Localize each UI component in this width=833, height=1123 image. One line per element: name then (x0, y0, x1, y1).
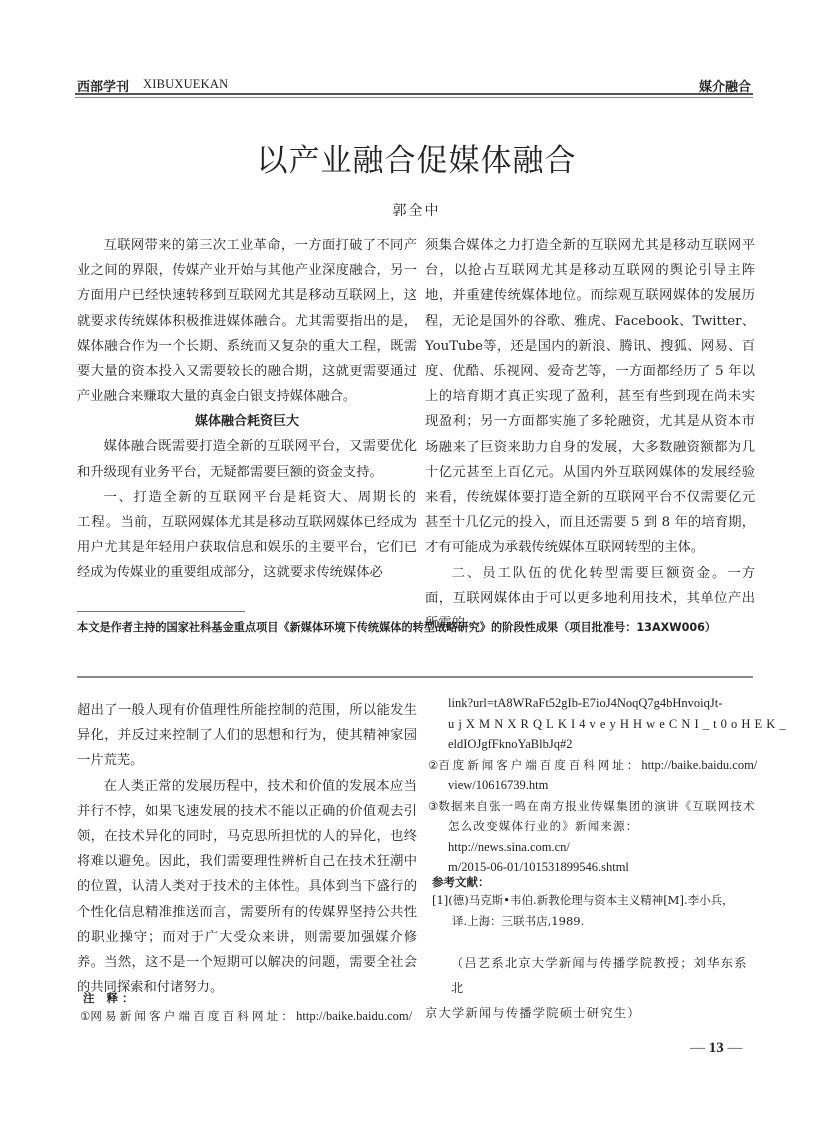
note-url[interactable]: http://news.sina.com.cn/ (448, 840, 570, 854)
note-url[interactable]: http://baike.baidu.com/ (641, 758, 757, 772)
note-text: 数据来自张一鸣在南方报业传媒集团的演讲《互联网技术怎么改变媒体行业的》新闻来源： (438, 799, 756, 834)
author-bio-line: （吕艺系北京大学新闻与传播学院教授；刘华东系北 (425, 951, 760, 1001)
left-column-bottom: 超出了一般人现有价值理性所能控制的范围，所以能发生异化，并反过来控制了人们的思想… (77, 698, 417, 1000)
page-separator (77, 676, 753, 678)
references-title: 参考文献： (432, 874, 490, 890)
paragraph: 互联网带来的第三次工业革命，一方面打破了不同产业之间的界限，传媒产业开始与其他产… (77, 233, 417, 409)
note-3-url-cont[interactable]: m/2015-06-01/101531899546.shtml (448, 857, 758, 878)
reference-line: [1](德)马克斯•韦伯.新教伦理与资本主义精神[M].李小兵， (432, 890, 762, 911)
note-1: ①网易新闻客户端百度百科网址：http://baike.baidu.com/ (80, 1006, 425, 1026)
note-2-url-cont[interactable]: view/10616739.htm (448, 775, 758, 796)
paragraph-lead: 二、员工队伍的优化转型需要巨额资金。 (452, 566, 728, 581)
paragraph: 须集合媒体之力打造全新的互联网尤其是移动互联网平台，以抢占互联网尤其是移动互联网… (425, 233, 755, 561)
journal-name-en: XIBUXUEKAN (143, 77, 228, 92)
note-1-url-cont[interactable]: link?url=tA8WRaFt52gIb-E7ioJ4NoqQ7g4bHnv… (448, 693, 758, 714)
page-number-value: 13 (709, 1040, 724, 1056)
note-url[interactable]: http://baike.baidu.com/ (296, 1009, 412, 1023)
reference-line: 译.上海：三联书店,1989. (432, 911, 762, 932)
paragraph: 超出了一般人现有价值理性所能控制的范围，所以能发生异化，并反过来控制了人们的思想… (77, 698, 417, 774)
header-rule-thin (75, 97, 753, 98)
note-text: 百度新闻客户端百度百科网址： (438, 758, 641, 772)
article-author: 郭全中 (0, 200, 833, 220)
note-marker: ② (428, 758, 438, 772)
note-text: 网易新闻客户端百度百科网址： (90, 1009, 296, 1023)
note-1-url-cont[interactable]: ujXMNXRQLKI4veyHHweCNI_t0oHEK_ (448, 714, 758, 735)
note-marker: ③ (428, 799, 438, 813)
paragraph: 一、打造全新的互联网平台是耗资大、周期长的工程。当前，互联网媒体尤其是移动互联网… (77, 485, 417, 586)
right-column-top: 须集合媒体之力打造全新的互联网尤其是移动互联网平台，以抢占互联网尤其是移动互联网… (425, 233, 755, 636)
notes-title: 注 释： (83, 990, 138, 1006)
note-1-url-cont[interactable]: eldIOJgfFknoYaBlbJq#2 (448, 734, 758, 755)
footnote-rule (77, 611, 245, 612)
page-dash: — (728, 1040, 743, 1056)
fund-note: 本文是作者主持的国家社科基金重点项目《新媒体环境下传统媒体的转型战略研究》的阶段… (77, 619, 757, 635)
page-number: — 13 — (690, 1040, 743, 1057)
paragraph-body: 当前，互联网媒体尤其是移动互联网媒体已经成为用户尤其是年轻用户获取信息和娱乐的主… (77, 515, 417, 580)
page-dash: — (690, 1040, 705, 1056)
section-heading: 媒体融合耗资巨大 (77, 409, 417, 434)
article-title: 以产业融合促媒体融合 (0, 135, 833, 180)
note-2: ②百度新闻客户端百度百科网址：http://baike.baidu.com/ (428, 755, 758, 776)
author-bio-line: 京大学新闻与传播学院硕士研究生） (425, 1001, 760, 1026)
notes-continued: link?url=tA8WRaFt52gIb-E7ioJ4NoqQ7g4bHnv… (448, 693, 758, 878)
paragraph: 在人类正常的发展历程中，技术和价值的发展本应当并行不悖，如果飞速发展的技术不能以… (77, 774, 417, 1001)
note-marker: ① (80, 1009, 90, 1023)
header-rule (75, 93, 753, 95)
note-3: ③数据来自张一鸣在南方报业传媒集团的演讲《互联网技术怎么改变媒体行业的》新闻来源… (428, 796, 758, 858)
author-bio: （吕艺系北京大学新闻与传播学院教授；刘华东系北 京大学新闻与传播学院硕士研究生） (425, 951, 760, 1026)
paragraph: 媒体融合既需要打造全新的互联网平台，又需要优化和升级现有业务平台，无疑都需要巨额… (77, 434, 417, 484)
left-column-top: 互联网带来的第三次工业革命，一方面打破了不同产业之间的界限，传媒产业开始与其他产… (77, 233, 417, 586)
reference-item: [1](德)马克斯•韦伯.新教伦理与资本主义精神[M].李小兵， 译.上海：三联… (432, 890, 762, 932)
